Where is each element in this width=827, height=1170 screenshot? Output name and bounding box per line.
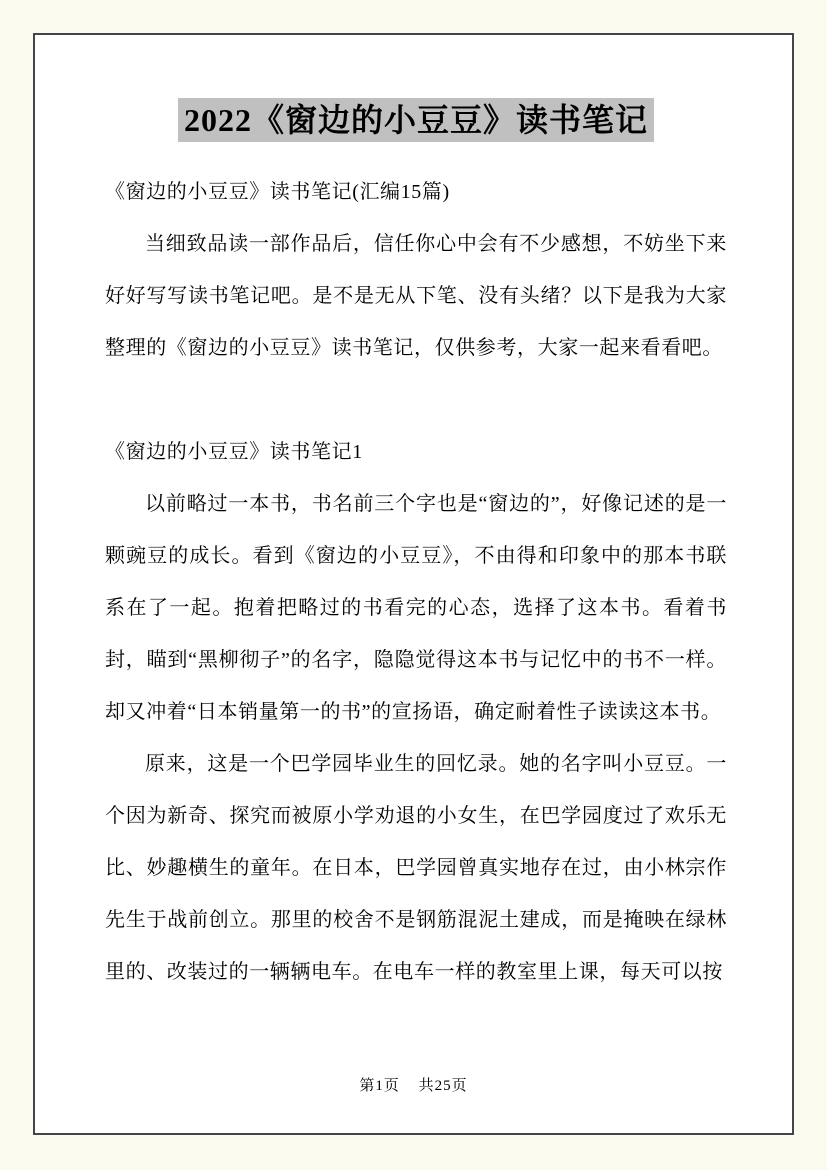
doc-subtitle: 《窗边的小豆豆》读书笔记(汇编15篇) [105,166,727,218]
page-title: 2022《窗边的小豆豆》读书笔记 [105,95,727,146]
document-page: 2022《窗边的小豆豆》读书笔记 《窗边的小豆豆》读书笔记(汇编15篇) 当细致… [33,33,794,1135]
footer-total-pages: 共25页 [419,1078,468,1094]
body-paragraph: 原来，这是一个巴学园毕业生的回忆录。她的名字叫小豆豆。一个因为新奇、探究而被原小… [105,738,727,998]
page-footer: 第1页 共25页 [35,1074,792,1095]
page-title-text: 2022《窗边的小豆豆》读书笔记 [178,98,654,142]
intro-paragraph: 当细致品读一部作品后，信任你心中会有不少感想，不妨坐下来好好写写读书笔记吧。是不… [105,218,727,374]
page-content: 2022《窗边的小豆豆》读书笔记 《窗边的小豆豆》读书笔记(汇编15篇) 当细致… [35,35,792,998]
blank-line [105,374,727,426]
section-heading: 《窗边的小豆豆》读书笔记1 [105,426,727,478]
footer-current-page: 第1页 [359,1078,400,1094]
body-paragraph: 以前略过一本书，书名前三个字也是“窗边的”，好像记述的是一颗豌豆的成长。看到《窗… [105,478,727,738]
